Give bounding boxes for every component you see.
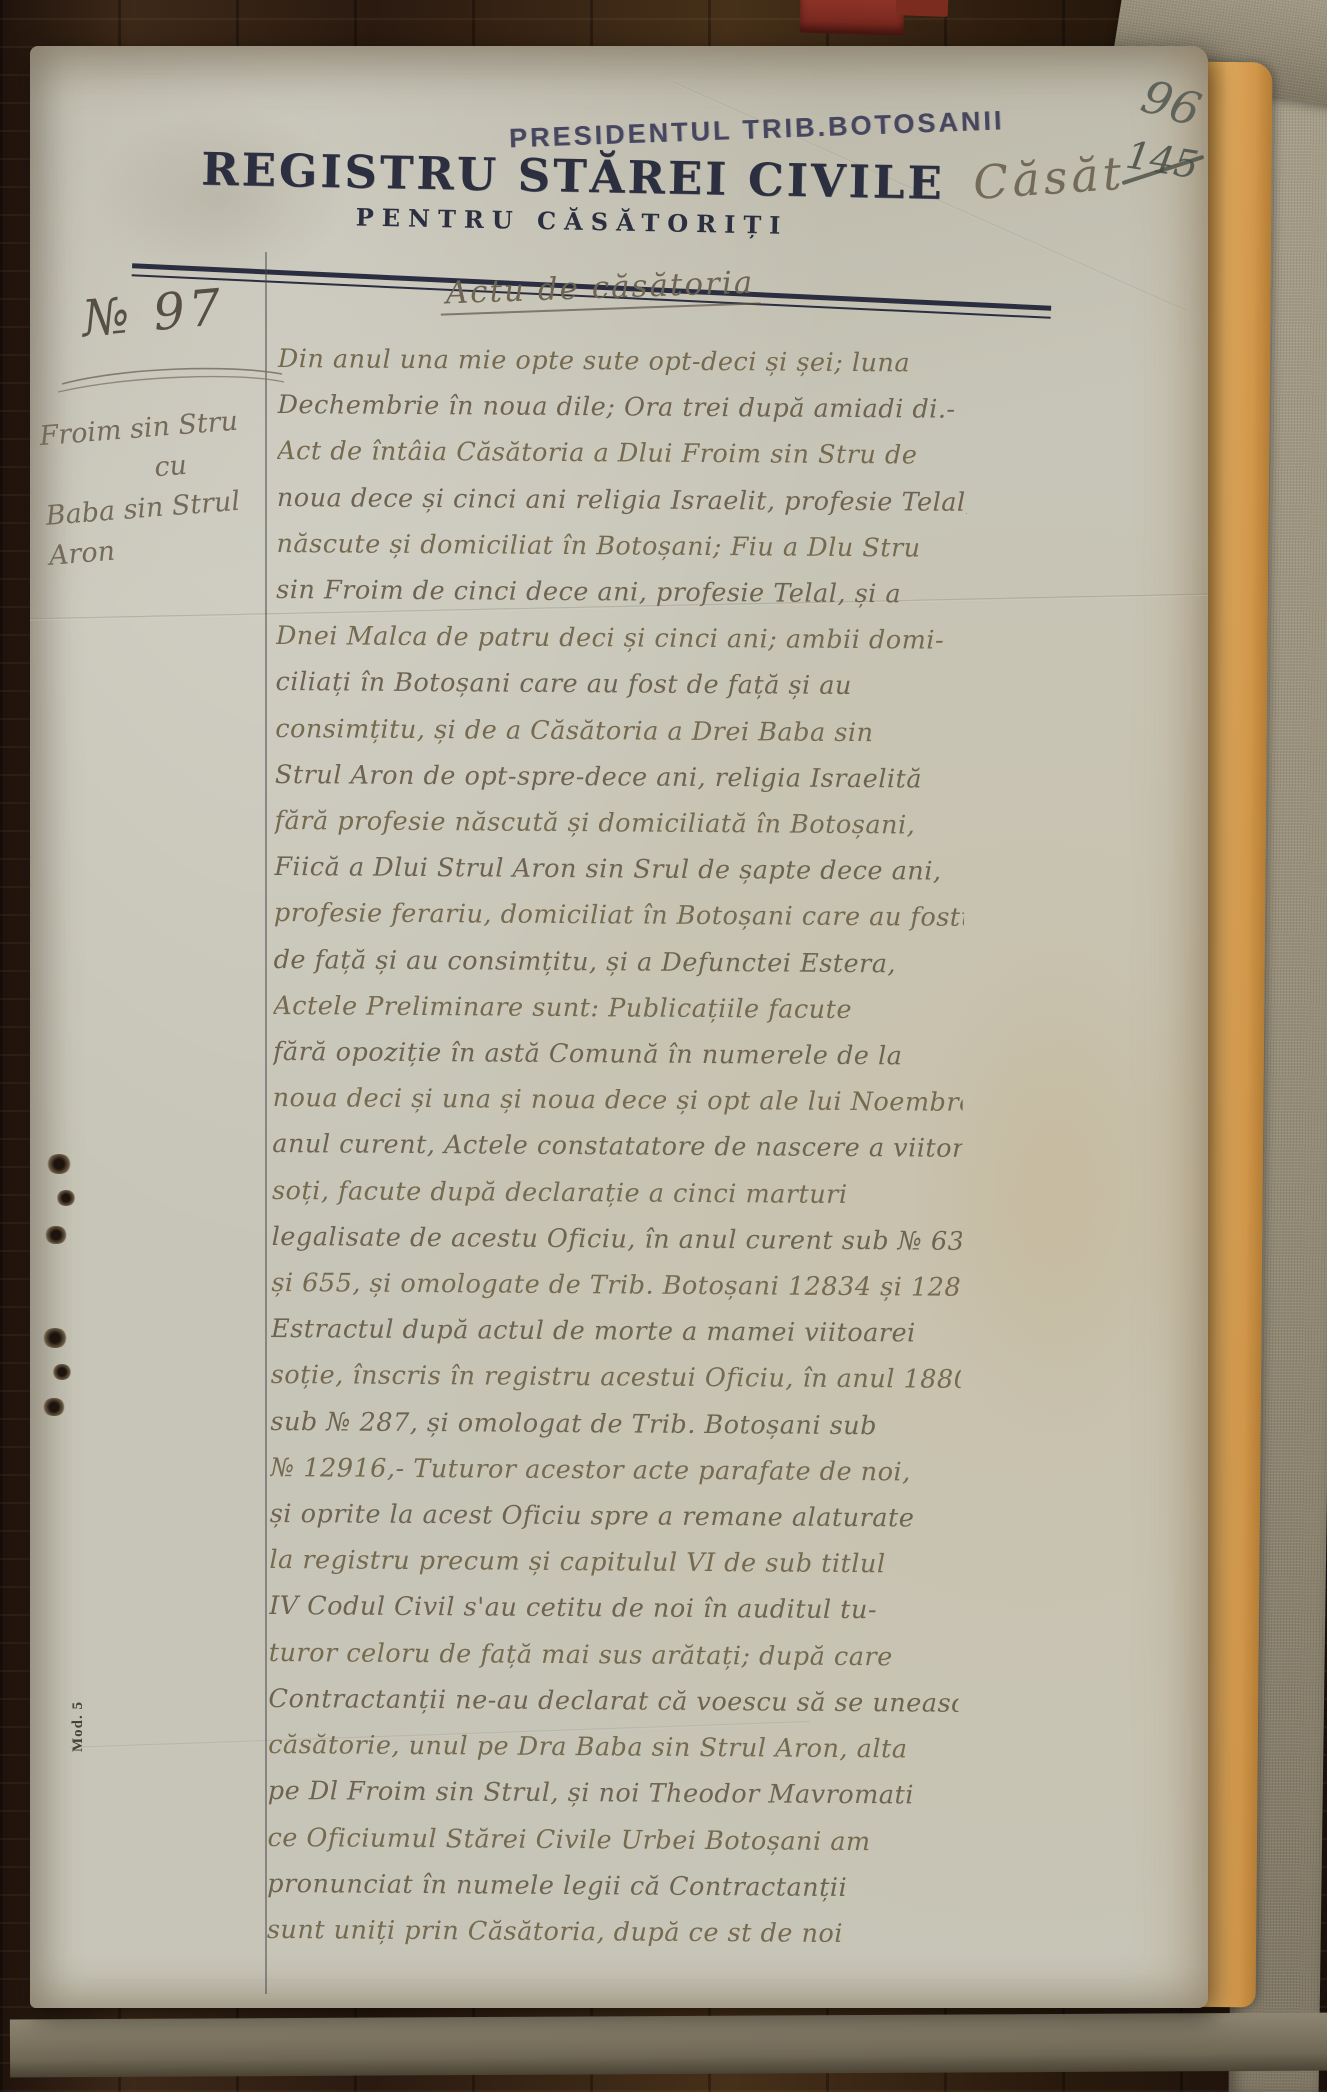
manuscript-line: fără profesie născută și domiciliată în … bbox=[274, 798, 964, 849]
act-number: № 97 bbox=[80, 278, 227, 348]
manuscript-line: sunt uniți prin Căsătoria, după ce st de… bbox=[267, 1907, 957, 1958]
binding-hole bbox=[52, 1364, 72, 1380]
manuscript-line: Dnei Malca de patru deci și cinci ani; a… bbox=[276, 613, 966, 664]
manuscript-line: și oprite la acest Oficiu spre a remane … bbox=[270, 1491, 960, 1542]
manuscript-paragraph: Actele Preliminare sunt: Publicațiile fa… bbox=[267, 983, 964, 1958]
book-cover-bottom-edge bbox=[10, 2013, 1327, 2078]
flourish-underline bbox=[56, 362, 288, 398]
manuscript-line: pronunciat în numele legii că Contractan… bbox=[267, 1861, 957, 1912]
manuscript-line: noua deci și una și noua dece și opt ale… bbox=[273, 1075, 963, 1126]
manuscript-line: născute și domiciliat în Botoșani; Fiu a… bbox=[276, 521, 966, 572]
manuscript-line: Strul Aron de opt-spre-dece ani, religia… bbox=[275, 752, 965, 803]
register-page: PRESIDENTUL TRIB.BOTOSANII REGISTRU STĂR… bbox=[30, 46, 1208, 2008]
manuscript-line: și 655, și omologate de Trib. Botoșani 1… bbox=[271, 1260, 961, 1311]
act-heading-text: Actu de căsătoria bbox=[439, 264, 761, 315]
binding-hole bbox=[46, 1154, 72, 1174]
spouses-names-margin: Froim sin Stru cu Baba sin Strul Aron bbox=[38, 399, 280, 577]
manuscript-line: legalisate de acestu Oficiu, în anul cur… bbox=[272, 1214, 962, 1265]
manuscript-line: ciliați în Botoșani care au fost de față… bbox=[275, 659, 965, 710]
binding-hole bbox=[42, 1328, 68, 1348]
manuscript-line: Dechembrie în noua dile; Ora trei după a… bbox=[277, 382, 967, 433]
folio-number-pencil: 96 bbox=[1135, 69, 1207, 138]
red-book-spine-fragment bbox=[896, 0, 949, 17]
manuscript-line: turor celoru de față mai sus arătați; du… bbox=[269, 1630, 959, 1681]
form-code: Mod. 5 bbox=[70, 1701, 87, 1752]
manuscript-line: Fiică a Dlui Strul Aron sin Srul de șapt… bbox=[274, 844, 964, 895]
manuscript-line: № 12916,- Tuturor acestor acte parafate … bbox=[270, 1445, 960, 1496]
manuscript-line: Actele Preliminare sunt: Publicațiile fa… bbox=[273, 983, 963, 1034]
manuscript-line: de față și au consimțitu, și a Defunctei… bbox=[273, 937, 963, 988]
manuscript-line: soți, facute după declarație a cinci mar… bbox=[272, 1168, 962, 1219]
manuscript-line: anul curent, Actele constatatore de nasc… bbox=[272, 1121, 962, 1172]
manuscript-line: Contractanții ne-au declarat că voescu s… bbox=[268, 1676, 958, 1727]
manuscript-line: consimțitu, și de a Căsătoria a Drei Bab… bbox=[275, 706, 965, 757]
manuscript-line: sub № 287, și omologat de Trib. Botoșani… bbox=[270, 1399, 960, 1450]
manuscript-line: sin Froim de cinci dece ani, profesie Te… bbox=[276, 567, 966, 618]
manuscript-line: Estractul după actul de morte a mamei vi… bbox=[271, 1306, 961, 1357]
manuscript-line: profesie ferariu, domiciliat în Botoșani… bbox=[274, 890, 964, 941]
manuscript-line: soție, înscris în registru acestui Ofici… bbox=[271, 1352, 961, 1403]
manuscript-line: fără opoziție în astă Comună în numerele… bbox=[273, 1029, 963, 1080]
red-book-spine bbox=[799, 0, 904, 35]
binding-hole bbox=[56, 1190, 76, 1206]
manuscript-line: căsătorie, unul pe Dra Baba sin Strul Ar… bbox=[268, 1722, 958, 1773]
binding-hole bbox=[44, 1226, 68, 1244]
manuscript-line: Act de întâia Căsătoria a Dlui Froim sin… bbox=[277, 428, 967, 479]
manuscript-paragraph: Din anul una mie opte sute opt-deci și ș… bbox=[273, 336, 967, 988]
manuscript-line: noua dece și cinci ani religia Israelit,… bbox=[277, 475, 967, 526]
handwritten-overlay: Căsăt bbox=[971, 146, 1126, 210]
manuscript-line: ce Oficiumul Stărei Civile Urbei Botoșan… bbox=[267, 1814, 957, 1865]
binding-hole bbox=[42, 1398, 66, 1416]
photo-scene: PRESIDENTUL TRIB.BOTOSANII REGISTRU STĂR… bbox=[0, 0, 1327, 2092]
manuscript-line: pe Dl Froim sin Strul, și noi Theodor Ma… bbox=[268, 1768, 958, 1819]
act-heading: Actu de căsătoria bbox=[429, 264, 770, 312]
printed-header: PRESIDENTUL TRIB.BOTOSANII REGISTRU STĂR… bbox=[67, 66, 1080, 245]
manuscript-line: la registru precum și capitulul VI de su… bbox=[269, 1537, 959, 1588]
manuscript-body: Din anul una mie opte sute opt-deci și ș… bbox=[267, 336, 968, 1958]
manuscript-line: IV Codul Civil s'au cetitu de noi în aud… bbox=[269, 1583, 959, 1634]
manuscript-line: Din anul una mie opte sute opt-deci și ș… bbox=[278, 336, 968, 387]
